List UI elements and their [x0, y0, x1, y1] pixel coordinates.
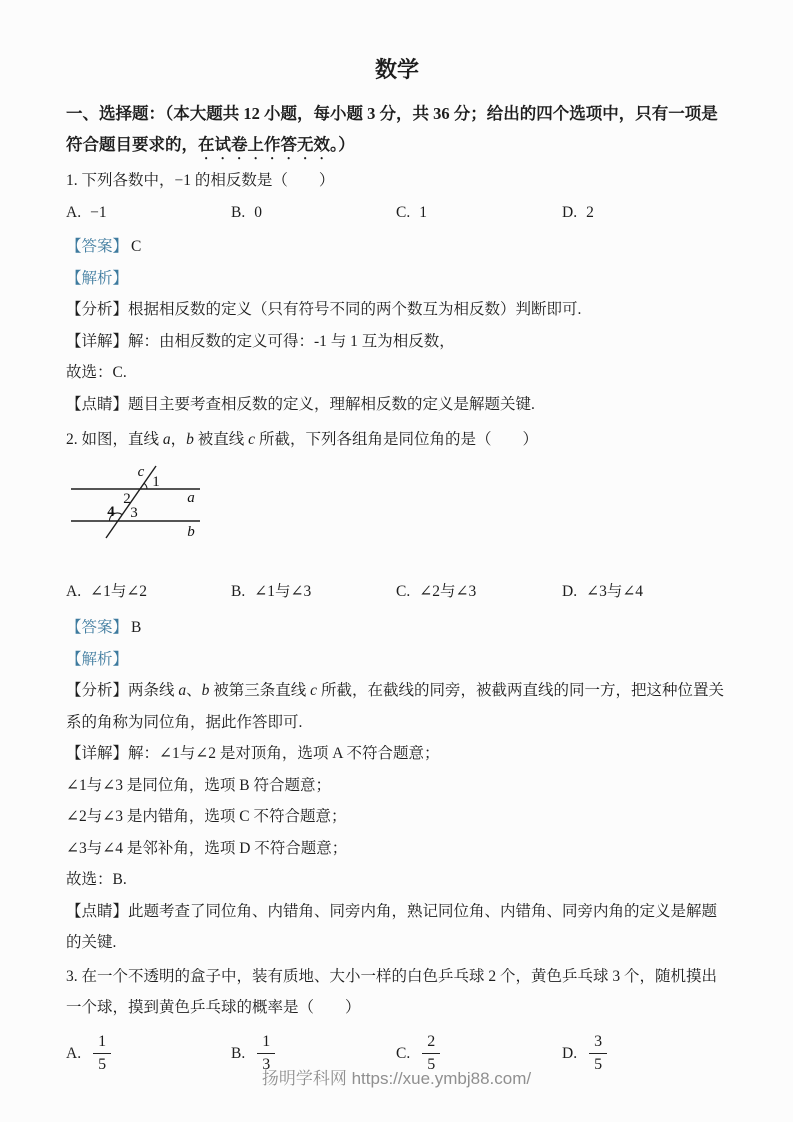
q2-option-b: B.∠1与∠3 — [231, 576, 396, 608]
answer-value: B — [131, 619, 141, 636]
transversal-c — [106, 466, 156, 538]
parallel-lines-diagram: c 1 2 3 4 a b — [69, 462, 219, 550]
section-header: 一、选择题：（本大题共 12 小题，每小题 3 分，共 36 分；给出的四个选项… — [66, 98, 728, 163]
option-label: D. — [562, 204, 577, 221]
q2-option-c: C.∠2与∠3 — [396, 576, 562, 608]
q2-analysis-header: 【解析】 — [66, 644, 728, 676]
q1-option-c: C.1 — [396, 197, 562, 229]
q1-options: A.−1 B.0 C.1 D.2 — [66, 197, 728, 229]
q1-answer: 【答案】C — [66, 231, 728, 263]
option-text: ∠2与∠3 — [419, 583, 476, 600]
option-label: B. — [231, 583, 245, 600]
answer-label: 【答案】 — [66, 238, 128, 255]
option-text: ∠3与∠4 — [586, 583, 643, 600]
numerator: 1 — [257, 1032, 275, 1055]
numerator: 1 — [93, 1032, 111, 1055]
q2-note-line: 【点睛】此题考查了同位角、内错角、同旁内角，熟记同位角、内错角、同旁内角的定义是… — [66, 896, 728, 959]
q2-option-a: A.∠1与∠2 — [66, 576, 231, 608]
option-label: B. — [231, 1045, 245, 1063]
q1-option-b: B.0 — [231, 197, 396, 229]
watermark-footer: 扬明学科网 https://xue.ymbj88.com/ — [0, 1064, 793, 1089]
option-label: A. — [66, 583, 81, 600]
q2-option-d: D.∠3与∠4 — [562, 576, 728, 608]
q2-answer: 【答案】B — [66, 612, 728, 644]
numerator: 2 — [422, 1032, 440, 1055]
q1-analysis-line: 【分析】根据相反数的定义（只有符号不同的两个数互为相反数）判断即可. — [66, 294, 728, 326]
q1-analysis-header: 【解析】 — [66, 263, 728, 295]
option-label: D. — [562, 583, 577, 600]
option-label: A. — [66, 204, 81, 221]
option-label: D. — [562, 1045, 577, 1063]
analysis-label: 【解析】 — [66, 651, 128, 668]
option-label: B. — [231, 204, 245, 221]
q2-stem: 2. 如图，直线 a，b 被直线 c 所截，下列各组角是同位角的是（ ） — [66, 424, 728, 456]
option-text: ∠1与∠2 — [90, 583, 147, 600]
q2-choice-line: 故选：B. — [66, 864, 728, 896]
q2-detail-line-d: ∠3与∠4 是邻补角，选项 D 不符合题意； — [66, 833, 728, 865]
q1-option-d: D.2 — [562, 197, 728, 229]
q1-choice-line: 故选：C. — [66, 357, 728, 389]
q2-detail-line-c: ∠2与∠3 是内错角，选项 C 不符合题意； — [66, 801, 728, 833]
option-text: ∠1与∠3 — [254, 583, 311, 600]
option-label: C. — [396, 583, 410, 600]
q2-options: A.∠1与∠2 B.∠1与∠3 C.∠2与∠3 D.∠3与∠4 — [66, 576, 728, 608]
label-b: b — [187, 524, 195, 540]
option-text: 0 — [254, 204, 262, 221]
answer-value: C — [131, 238, 141, 255]
option-label: A. — [66, 1045, 81, 1063]
analysis-label: 【解析】 — [66, 270, 128, 287]
q1-detail-line: 【详解】解：由相反数的定义可得：-1 与 1 互为相反数， — [66, 326, 728, 358]
document-content: 数学 一、选择题：（本大题共 12 小题，每小题 3 分，共 36 分；给出的四… — [66, 0, 728, 1076]
exam-document-page: 数学 一、选择题：（本大题共 12 小题，每小题 3 分，共 36 分；给出的四… — [0, 0, 793, 1122]
answer-label: 【答案】 — [66, 619, 128, 636]
angle-1-arc — [144, 483, 147, 489]
option-text: −1 — [90, 204, 107, 221]
q1-stem: 1. 下列各数中，−1 的相反数是（ ） — [66, 165, 728, 197]
label-angle-3: 3 — [130, 505, 138, 521]
option-text: 2 — [586, 204, 594, 221]
q1-note-line: 【点睛】题目主要考查相反数的定义，理解相反数的定义是解题关键. — [66, 389, 728, 421]
q1-option-a: A.−1 — [66, 197, 231, 229]
label-a: a — [187, 490, 195, 506]
q2-detail-line-b: ∠1与∠3 是同位角，选项 B 符合题意； — [66, 770, 728, 802]
q2-figure: c 1 2 3 4 a b — [69, 462, 728, 550]
option-text: 1 — [419, 204, 427, 221]
label-c: c — [138, 464, 145, 480]
q2-detail-line: 【详解】解：∠1与∠2 是对顶角，选项 A 不符合题意； — [66, 738, 728, 770]
label-angle-1: 1 — [152, 474, 160, 490]
q2-analysis-line: 【分析】两条线 a、b 被第三条直线 c 所截，在截线的同旁，被截两直线的同一方… — [66, 675, 728, 738]
numerator: 3 — [589, 1032, 607, 1055]
option-label: C. — [396, 1045, 410, 1063]
option-label: C. — [396, 204, 410, 221]
label-angle-4: 4 — [107, 504, 115, 520]
q3-stem: 3. 在一个不透明的盒子中，装有质地、大小一样的白色乒乓球 2 个，黄色乒乓球 … — [66, 961, 728, 1024]
doc-title: 数学 — [66, 54, 728, 86]
